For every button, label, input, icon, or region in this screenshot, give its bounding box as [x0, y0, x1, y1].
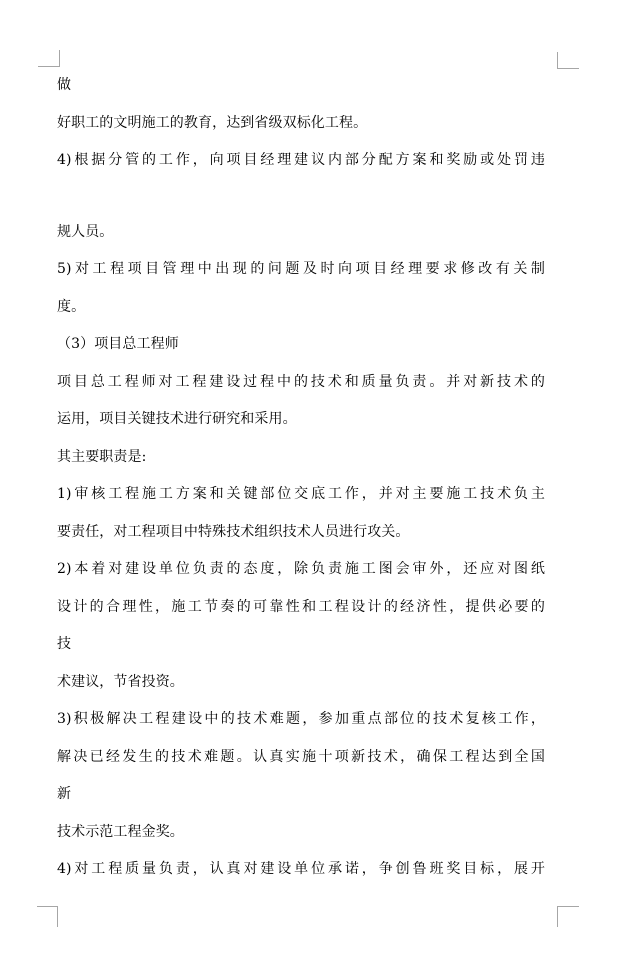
text-boundary-mark-bottom-right — [557, 906, 579, 927]
text-line: 技术示范工程金奖。 — [57, 814, 545, 852]
text-line: 规人员。 — [57, 214, 545, 252]
text-boundary-mark-bottom-left — [37, 906, 58, 927]
text-line: 设计的合理性，施工节奏的可靠性和工程设计的经济性，提供必要的 — [57, 589, 545, 627]
text-line: 新 — [57, 776, 545, 814]
text-line: 5)对工程项目管理中出现的问题及时向项目经理要求修改有关制 — [57, 251, 545, 289]
text-line: 3)积极解决工程建设中的技术难题，参加重点部位的技术复核工作， — [57, 701, 545, 739]
text-line: 技 — [57, 626, 545, 664]
document-page: 做好职工的文明施工的教育，达到省级双标化工程。4)根据分管的工作，向项目经理建议… — [0, 0, 639, 964]
document-body: 做好职工的文明施工的教育，达到省级双标化工程。4)根据分管的工作，向项目经理建议… — [57, 67, 545, 889]
text-boundary-mark-top-left — [38, 50, 60, 67]
text-line: 解决已经发生的技术难题。认真实施十项新技术，确保工程达到全国 — [57, 739, 545, 777]
text-line: 项目总工程师对工程建设过程中的技术和质量负责。并对新技术的 — [57, 364, 545, 402]
text-line: 2)本着对建设单位负责的态度，除负责施工图会审外，还应对图纸 — [57, 551, 545, 589]
text-line: 1)审核工程施工方案和关键部位交底工作，并对主要施工技术负主 — [57, 476, 545, 514]
text-line: 做 — [57, 67, 545, 105]
text-line: 度。 — [57, 289, 545, 327]
text-line: 4)对工程质量负责，认真对建设单位承诺，争创鲁班奖目标，展开 — [57, 851, 545, 889]
text-boundary-mark-top-right — [557, 52, 579, 69]
text-line: 运用，项目关键技术进行研究和采用。 — [57, 401, 545, 439]
text-line: 4)根据分管的工作，向项目经理建议内部分配方案和奖励或处罚违 — [57, 142, 545, 180]
text-line: 好职工的文明施工的教育，达到省级双标化工程。 — [57, 105, 545, 143]
text-line: （3）项目总工程师 — [57, 326, 545, 364]
text-line: 要责任，对工程项目中特殊技术组织技术人员进行攻关。 — [57, 514, 545, 552]
text-line: 术建议，节省投资。 — [57, 664, 545, 702]
text-line: 其主要职责是: — [57, 439, 545, 477]
